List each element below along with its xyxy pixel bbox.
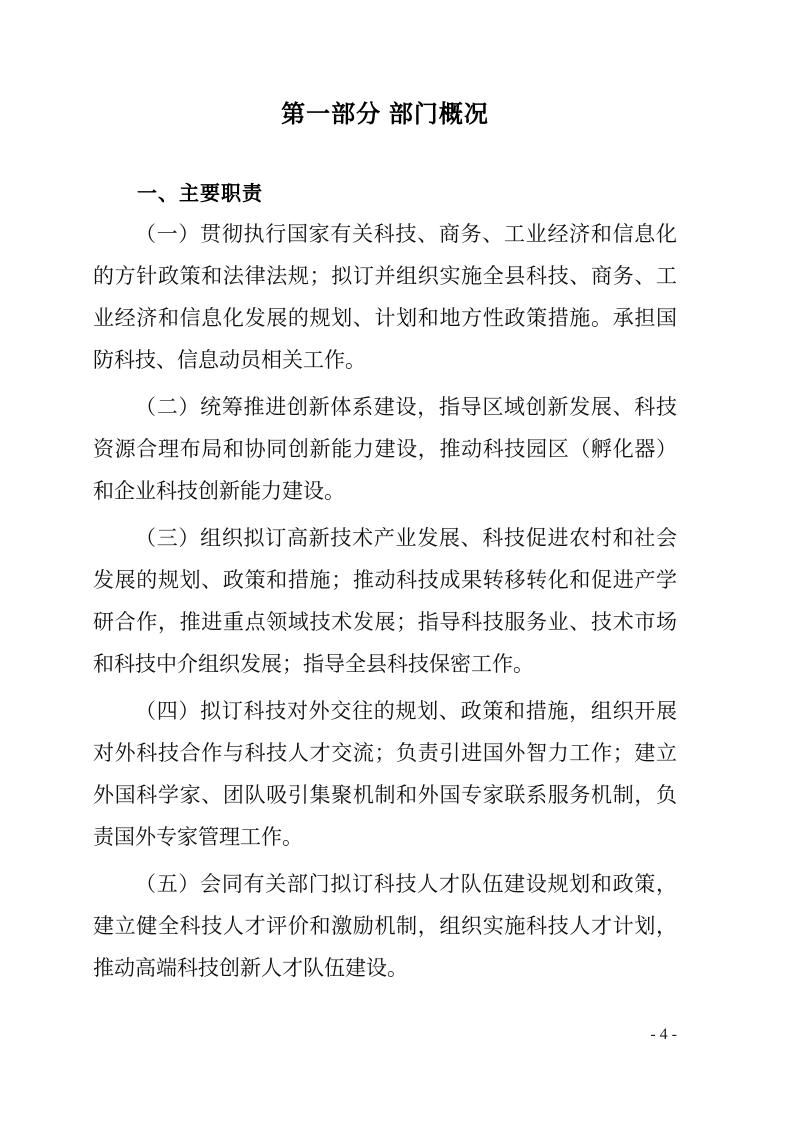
paragraph-2: （二）统筹推进创新体系建设，指导区域创新发展、科技资源合理布局和协同创新能力建设… bbox=[93, 386, 677, 512]
section-heading: 一、主要职责 bbox=[93, 181, 677, 207]
paragraph-5: （五）会同有关部门拟订科技人才队伍建设规划和政策，建立健全科技人才评价和激励机制… bbox=[93, 863, 677, 989]
paragraph-4: （四）拟订科技对外交往的规划、政策和措施，组织开展对外科技合作与科技人才交流；负… bbox=[93, 690, 677, 858]
page-title: 第一部分 部门概况 bbox=[93, 99, 677, 131]
document-content: 第一部分 部门概况 一、主要职责 （一）贯彻执行国家有关科技、商务、工业经济和信… bbox=[93, 0, 677, 994]
paragraph-1: （一）贯彻执行国家有关科技、商务、工业经济和信息化的方针政策和法律法规；拟订并组… bbox=[93, 213, 677, 381]
document-body: （一）贯彻执行国家有关科技、商务、工业经济和信息化的方针政策和法律法规；拟订并组… bbox=[93, 213, 677, 989]
paragraph-3: （三）组织拟订高新技术产业发展、科技促进农村和社会发展的规划、政策和措施；推动科… bbox=[93, 517, 677, 685]
document-page: 第一部分 部门概况 一、主要职责 （一）贯彻执行国家有关科技、商务、工业经济和信… bbox=[0, 0, 793, 1122]
page-number: - 4 - bbox=[650, 1026, 677, 1044]
